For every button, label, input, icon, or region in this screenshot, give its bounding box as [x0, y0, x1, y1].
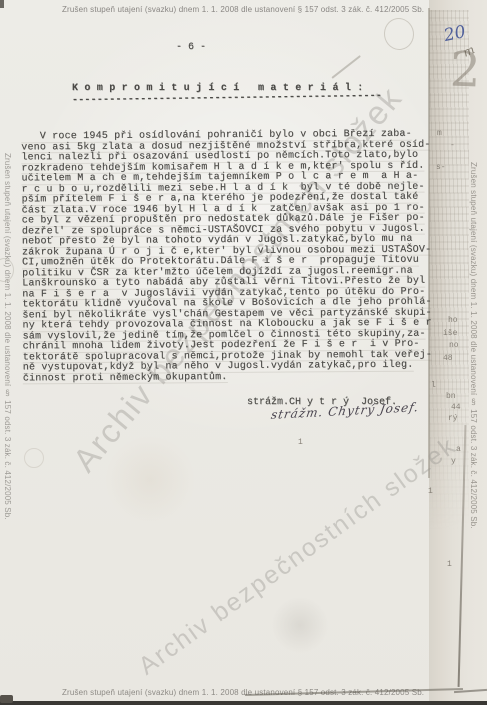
- bleed-through-fragment: 44: [451, 403, 461, 412]
- scanned-document-page: { "notices": { "declassification": "Zruš…: [0, 0, 487, 705]
- bleed-through-fragment: m: [437, 129, 442, 138]
- bleed-through-fragment: y: [451, 457, 456, 466]
- archive-watermark: Archiv bezpečnostních složek: [133, 431, 462, 681]
- bleed-through-fragment: s-: [436, 163, 446, 172]
- bleed-through-fragment: rý: [448, 414, 458, 423]
- page-number: - 6 -: [176, 42, 206, 53]
- scanner-corner-mark: [0, 0, 4, 8]
- bleed-through-fragment: no: [449, 341, 459, 350]
- bleed-through-fragment: iše: [443, 329, 457, 338]
- bleed-through-fragment: -: [450, 141, 455, 150]
- bleed-through-fragment: 48: [443, 354, 453, 363]
- faint-ring-mark: [24, 448, 44, 468]
- declassification-notice-top: Zrušen stupeň utajení (svazku) dnem 1. 1…: [62, 5, 424, 14]
- bleed-through-fragment: 1: [447, 560, 452, 569]
- body-text: V roce 1945 při osídlování pohraničí byl…: [21, 130, 432, 385]
- scanner-edge-blob: [0, 695, 13, 703]
- scanner-edge-bar: [0, 701, 487, 705]
- bleed-through-fragment: ho: [448, 316, 458, 325]
- bleed-through-fragment: 1: [428, 487, 433, 496]
- bleed-through-fragment: bn: [446, 392, 456, 401]
- pencil-mark: [331, 55, 360, 78]
- bleed-through-fragment: a: [456, 445, 461, 454]
- bleed-through-fragment: l: [431, 381, 436, 390]
- declassification-notice-left: Zrušen stupeň utajení (svazku) dnem 1. 1…: [3, 153, 12, 520]
- declassification-notice-bottom: Zrušen stupeň utajení (svazku) dnem 1. 1…: [62, 688, 424, 697]
- declassification-notice-right: Zrušen stupeň utajení (svazku) dnem 1. 1…: [469, 162, 478, 529]
- bleed-through-fragment: 1: [298, 438, 303, 447]
- body-line: činnost proti německým okupantům.: [23, 372, 228, 384]
- faint-round-stamp: [382, 16, 416, 52]
